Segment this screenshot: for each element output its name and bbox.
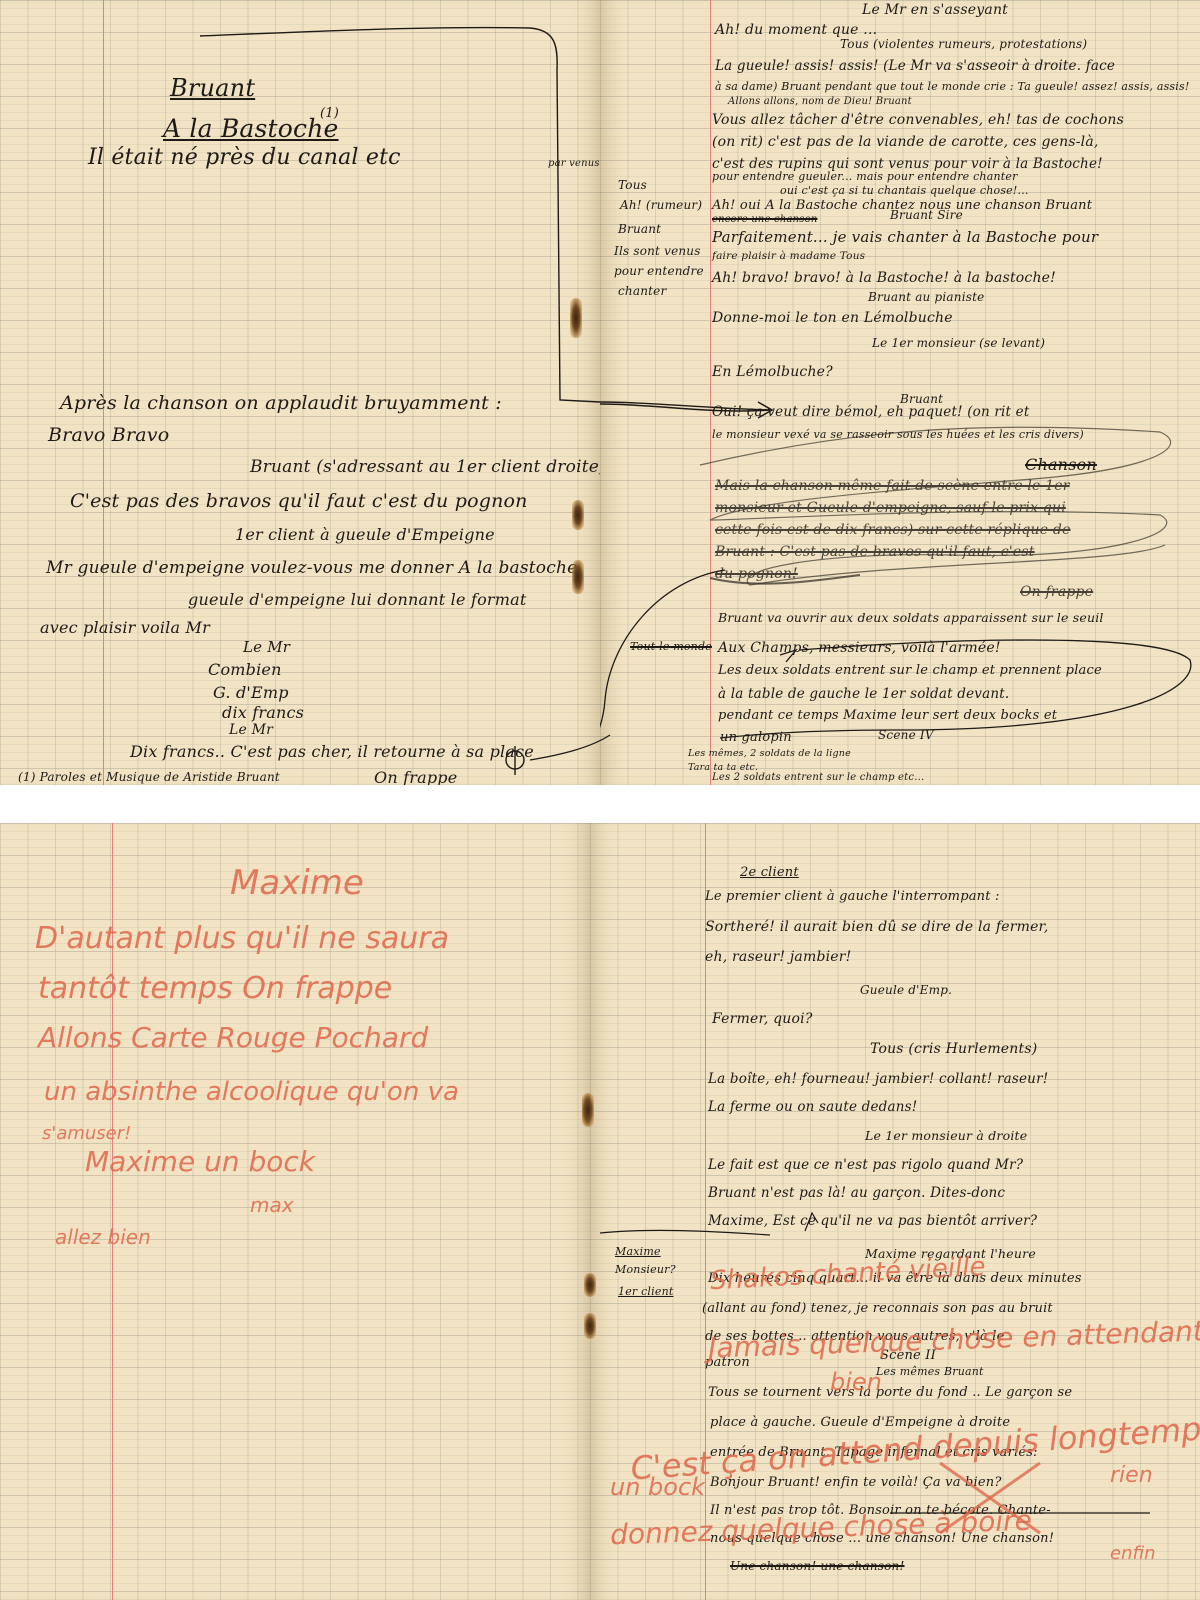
text-line: Tous se tournent vers la porte du fond .…: [708, 1385, 1072, 1400]
text-line: Les mêmes, 2 soldats de la ligne: [688, 748, 851, 759]
speaker-line: Tous (cris Hurlements): [870, 1041, 1037, 1057]
title-author: Bruant: [170, 74, 255, 102]
stage-direction: gueule d'empeigne lui donnant le format: [188, 590, 527, 609]
scene-heading: Les mêmes Bruant: [876, 1365, 984, 1378]
text-line: encore une chanson: [712, 214, 817, 225]
text-line: un galopin: [720, 730, 792, 745]
scene-heading: Scene IV: [878, 728, 934, 742]
struck-line: monsieur et Gueule d'empeigne, sauf le p…: [715, 500, 1066, 516]
red-annotation: s'amuser!: [42, 1123, 131, 1144]
speaker-line: 1er client à gueule d'Empeigne: [235, 525, 495, 544]
title-footnote-ref: (1): [320, 106, 339, 121]
struck-line: Mais la chanson même fait de scène entre…: [715, 478, 1070, 494]
margin-line: [710, 0, 711, 785]
margin-note: Maxime: [615, 1245, 661, 1258]
red-annotation: Jamais quelque chose en attendant: [708, 1314, 1200, 1364]
speaker-line: Le Mr en s'asseyant: [862, 2, 1008, 18]
margin-note: Tout le monde: [630, 640, 712, 653]
text-line: Fermer, quoi?: [712, 1011, 813, 1027]
text-line: C'est pas des bravos qu'il faut c'est du…: [70, 490, 528, 512]
text-line: Parfaitement... je vais chanter à la Bas…: [712, 228, 1098, 246]
margin-line: [705, 823, 706, 1600]
text-line: Bruant va ouvrir aux deux soldats appara…: [718, 610, 1104, 625]
struck-heading: Chanson: [1025, 455, 1097, 474]
margin-note: Monsieur?: [615, 1263, 676, 1276]
red-annotation: allez bien: [55, 1225, 151, 1249]
margin-note: 1er client: [618, 1285, 673, 1298]
text-line: Bravo Bravo: [48, 424, 169, 446]
struck-line: Bruant : C'est pas de bravos qu'il faut,…: [715, 544, 1035, 560]
speaker-line: Tous (violentes rumeurs, protestations): [840, 37, 1087, 51]
struck-line: du pognon!: [715, 566, 798, 582]
manuscript-spread-top: Bruant A la Bastoche (1) Il était né prè…: [0, 0, 1200, 785]
text-line: Combien: [208, 660, 282, 679]
speaker-line: G. d'Emp: [213, 683, 289, 702]
page-bottom-right: Maxime Monsieur? 1er client 2e client Le…: [590, 823, 1200, 1600]
binding-stain: [584, 1273, 596, 1297]
red-annotation: Allons Carte Rouge Pochard: [38, 1021, 428, 1054]
text-line: Maxime, Est ce qu'il ne va pas bientôt a…: [708, 1213, 1037, 1229]
red-annotation: un absinthe alcoolique qu'on va: [44, 1077, 459, 1107]
red-annotation: rien: [1110, 1463, 1153, 1488]
speaker-line: Bruant au pianiste: [868, 290, 984, 304]
text-line: dix francs: [222, 703, 304, 722]
text-line: Mr gueule d'empeigne voulez-vous me donn…: [46, 558, 577, 578]
text-line: à la table de gauche le 1er soldat devan…: [718, 686, 1009, 702]
text-line: Ah! bravo! bravo! à la Bastoche! à la ba…: [712, 270, 1056, 286]
speaker-line: 2e client: [740, 865, 799, 880]
stage-direction: On frappe: [374, 768, 457, 785]
speaker-line: Bruant (s'adressant au 1er client droite…: [250, 457, 606, 477]
text-line: faire plaisir à madame Tous: [712, 250, 865, 262]
text-line: eh, raseur! jambier!: [705, 949, 852, 965]
text-line: (allant au fond) tenez, je reconnais son…: [702, 1301, 1053, 1316]
red-annotation: Shakos chanté vieille: [709, 1252, 986, 1296]
text-line: Les 2 soldats entrent sur le champ etc..…: [712, 772, 924, 783]
text-line: Ah! du moment que ...: [715, 22, 877, 38]
text-line: Dix francs.. C'est pas cher, il retourne…: [130, 742, 534, 761]
text-line: avec plaisir voila Mr: [40, 618, 210, 637]
text-line: La ferme ou on saute dedans!: [708, 1099, 917, 1115]
struck-line: cette fois est de dix francs) sur cette …: [715, 522, 1071, 538]
stage-direction: Le premier client à gauche l'interrompan…: [705, 889, 1000, 904]
speaker-line: Le Mr: [229, 722, 273, 738]
text-line: La boîte, eh! fourneau! jambier! collant…: [708, 1071, 1048, 1087]
speaker-line: Le Mr: [243, 638, 290, 656]
text-line: Vous allez tâcher d'être convenables, eh…: [712, 112, 1124, 128]
text-line: Sortheré! il aurait bien dû se dire de l…: [705, 919, 1049, 935]
binding-stain: [572, 560, 584, 594]
margin-note: Tous: [618, 178, 647, 192]
text-line: Donne-moi le ton en Lémolbuche: [712, 310, 953, 326]
text-line: (on rit) c'est pas de la viande de carot…: [712, 134, 1099, 150]
text-line: La gueule! assis! assis! (Le Mr va s'ass…: [715, 58, 1115, 74]
binding-stain: [570, 298, 582, 338]
speaker-line: Gueule d'Emp.: [860, 983, 952, 997]
text-line: Les deux soldats entrent sur le champ et…: [718, 663, 1102, 678]
text-line: Après la chanson on applaudit bruyamment…: [60, 392, 502, 414]
text-line: Allons allons, nom de Dieu! Bruant: [728, 96, 912, 107]
margin-note: Ah! (rumeur): [620, 198, 702, 212]
speaker-line: Bruant Sire: [890, 208, 963, 222]
text-line: à sa dame) Bruant pendant que tout le mo…: [715, 80, 1189, 93]
text-line: En Lémolbuche?: [712, 364, 833, 380]
red-annotation: bien: [830, 1368, 882, 1396]
page-bottom-left: Maxime D'autant plus qu'il ne saura tant…: [0, 823, 590, 1600]
text-line: pour entendre gueuler... mais pour enten…: [712, 170, 1018, 183]
red-annotation: tantôt temps On frappe: [38, 971, 392, 1006]
red-annotation: un bock: [610, 1473, 705, 1501]
manuscript-spread-bottom: Maxime D'autant plus qu'il ne saura tant…: [0, 823, 1200, 1600]
title-line: Il était né près du canal etc: [88, 145, 401, 170]
red-annotation: enfin: [1110, 1543, 1156, 1564]
margin-note: Ils sont venus: [614, 244, 701, 258]
red-annotation: D'autant plus qu'il ne saura: [35, 921, 449, 956]
text-line: pendant ce temps Maxime leur sert deux b…: [718, 708, 1057, 723]
speaker-line: Le 1er monsieur à droite: [865, 1128, 1027, 1143]
binding-stain: [572, 500, 584, 530]
red-annotation: Maxime un bock: [85, 1145, 315, 1178]
margin-note: chanter: [618, 284, 666, 298]
footnote: (1) Paroles et Musique de Aristide Bruan…: [18, 770, 280, 784]
page-top-left: Bruant A la Bastoche (1) Il était né prè…: [0, 0, 600, 785]
margin-note: pour entendre: [614, 264, 704, 278]
side-note: par venus: [548, 158, 600, 169]
text-line: Aux Champs, messieurs, voilà l'armée!: [718, 640, 1001, 656]
red-annotation: max: [250, 1193, 294, 1217]
red-annotation: Maxime: [230, 863, 364, 903]
struck-line: On frappe: [1020, 584, 1093, 600]
binding-stain: [582, 1093, 594, 1127]
text-line: Oui! ça veut dire bémol, eh paquet! (on …: [712, 404, 1030, 420]
page-top-right: Tous Ah! (rumeur) Bruant Ils sont venus …: [600, 0, 1200, 785]
title-song: A la Bastoche: [163, 114, 339, 143]
binding-stain: [584, 1313, 596, 1339]
text-line: Bruant n'est pas là! au garçon. Dites-do…: [708, 1185, 1005, 1201]
text-line: le monsieur vexé va se rasseoir sous les…: [712, 428, 1084, 441]
speaker-line: Le 1er monsieur (se levant): [872, 336, 1045, 350]
struck-line: Une chanson! une chanson!: [730, 1559, 904, 1573]
text-line: Le fait est que ce n'est pas rigolo quan…: [708, 1157, 1023, 1173]
margin-note: Bruant: [618, 222, 661, 236]
text-line: oui c'est ça si tu chantais quelque chos…: [780, 184, 1029, 197]
